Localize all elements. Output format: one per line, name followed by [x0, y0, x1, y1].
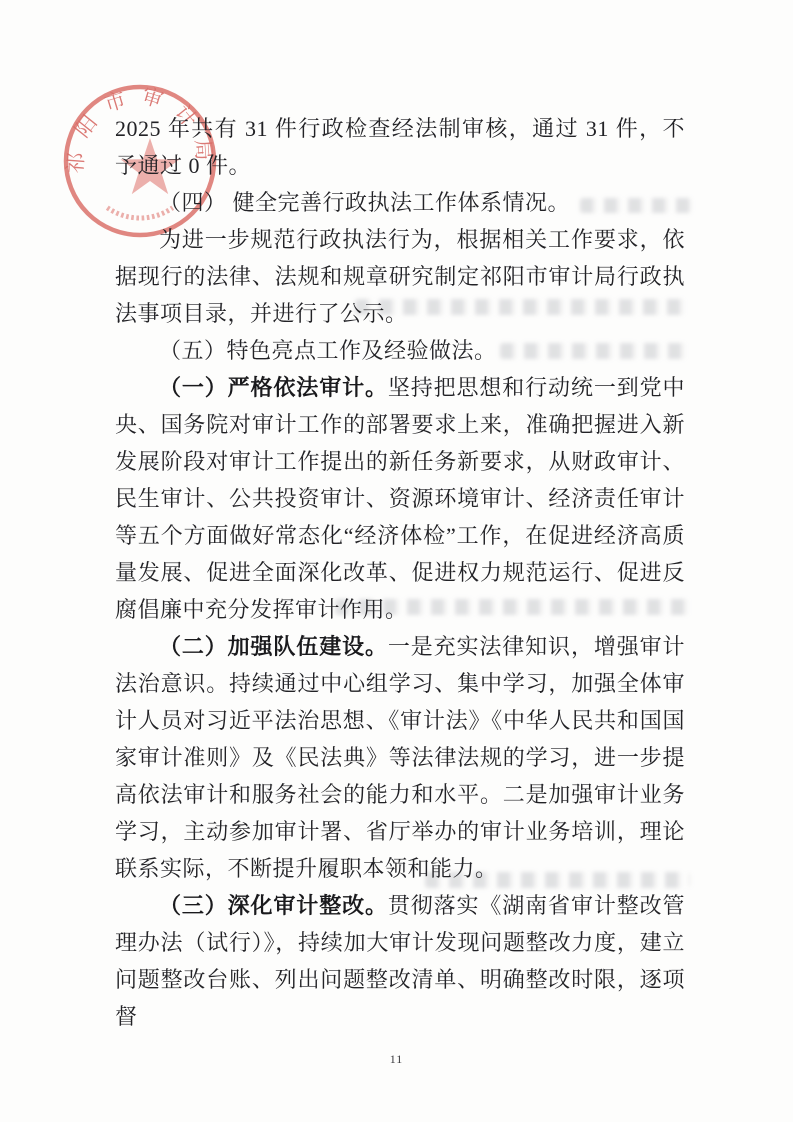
paragraph-heading-4: （四） 健全完善行政执法工作体系情况。: [115, 184, 685, 221]
paragraph-heading-5: （五）特色亮点工作及经验做法。: [115, 332, 685, 369]
paragraph-item-1: （一）严格依法审计。坚持把思想和行动统一到党中央、国务院对审计工作的部署要求上来…: [115, 369, 685, 628]
paragraph-text: 2025 年共有 31 件行政检查经法制审核，通过 31 件，不予通过 0 件。: [115, 116, 685, 178]
paragraph-text: 为进一步规范行政执法行为，根据相关工作要求，依据现行的法律、法规和规章研究制定祁…: [115, 227, 685, 326]
paragraph-text: 坚持把思想和行动统一到党中央、国务院对审计工作的部署要求上来，准确把握进入新发展…: [115, 375, 685, 622]
paragraph-item-3: （三）深化审计整改。贯彻落实《湖南省审计整改管理办法（试行）》，持续加大审计发现…: [115, 887, 685, 1035]
paragraph-text: （五）特色亮点工作及经验做法。: [159, 338, 497, 363]
paragraph-text: 一是充实法律知识，增强审计法治意识。持续通过中心组学习、集中学习，加强全体审计人…: [115, 634, 685, 881]
paragraph-head: （一）严格依法审计。: [159, 375, 388, 400]
paragraph-item-2: （二）加强队伍建设。一是充实法律知识，增强审计法治意识。持续通过中心组学习、集中…: [115, 628, 685, 887]
paragraph-continuation: 2025 年共有 31 件行政检查经法制审核，通过 31 件，不予通过 0 件。: [115, 110, 685, 184]
paragraph: 为进一步规范行政执法行为，根据相关工作要求，依据现行的法律、法规和规章研究制定祁…: [115, 221, 685, 332]
paragraph-head: （二）加强队伍建设。: [159, 634, 388, 659]
document-page: 祁阳市审计局 2025 年共有 31 件行政检查经法制审核，通过 31 件，不予…: [0, 0, 793, 1122]
page-number: 11: [0, 1052, 793, 1067]
paragraph-text: （四） 健全完善行政执法工作体系情况。: [159, 190, 570, 215]
document-body: 2025 年共有 31 件行政检查经法制审核，通过 31 件，不予通过 0 件。…: [115, 110, 685, 1035]
paragraph-head: （三）深化审计整改。: [159, 893, 388, 918]
